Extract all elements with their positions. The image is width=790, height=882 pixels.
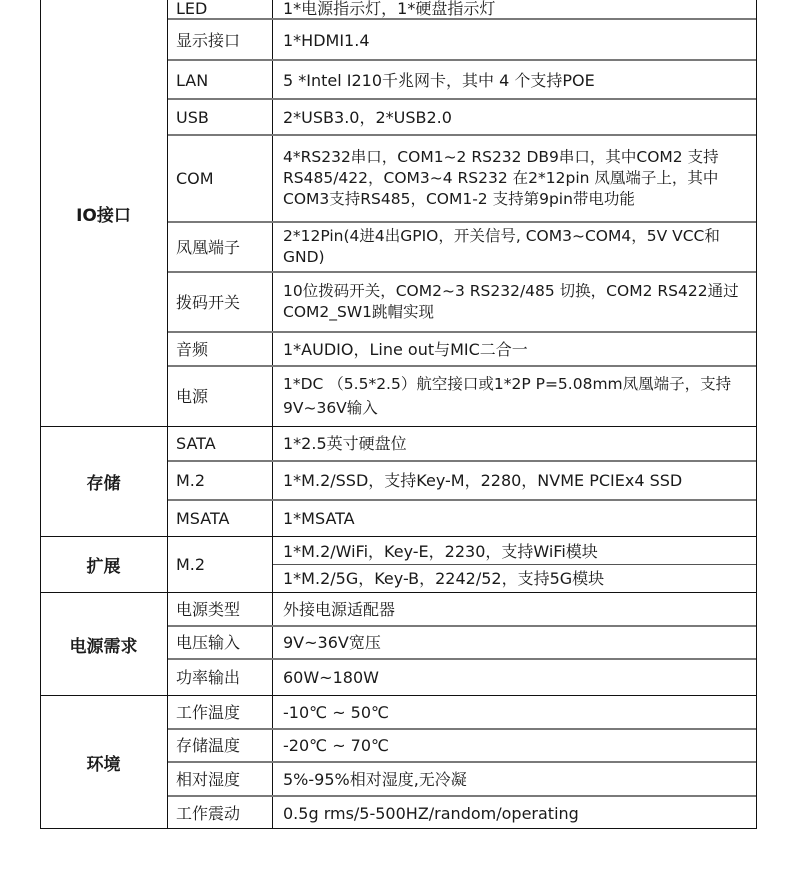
value-humidity: 5%-95%相对湿度,无冷凝 xyxy=(283,763,757,795)
label-power: 电源 xyxy=(176,367,208,425)
label-com: COM xyxy=(176,136,214,220)
value-com: 4*RS232串口，COM1~2 RS232 DB9串口，其中COM2 支持RS… xyxy=(283,136,757,220)
value-power-output: 60W~180W xyxy=(283,660,757,695)
label-op-temp: 工作温度 xyxy=(176,696,240,728)
value-op-temp: -10℃ ~ 50℃ xyxy=(283,696,757,728)
column-divider-2 xyxy=(272,0,273,829)
label-dip: 拨码开关 xyxy=(176,273,240,331)
value-m2-5g: 1*M.2/5G，Key-B，2242/52，支持5G模块 xyxy=(283,565,757,591)
value-audio: 1*AUDIO，Line out与MIC二合一 xyxy=(283,333,757,365)
value-storage-temp: -20℃ ~ 70℃ xyxy=(283,730,757,761)
value-voltage: 9V~36V宽压 xyxy=(283,627,757,658)
value-power: 1*DC （5.5*2.5）航空接口或1*2P P=5.08mm凤凰端子，支持9… xyxy=(283,367,757,425)
value-lan: 5 *Intel I210千兆网卡，其中 4 个支持POE xyxy=(283,61,757,99)
label-usb: USB xyxy=(176,100,209,134)
label-phoenix: 凤凰端子 xyxy=(176,223,240,271)
category-expansion: 扩展 xyxy=(40,537,167,592)
value-m2-storage: 1*M.2/SSD，支持Key-M，2280，NVME PCIEx4 SSD xyxy=(283,462,757,499)
category-storage: 存储 xyxy=(40,427,167,536)
table-border-bottom xyxy=(40,828,757,829)
label-lan: LAN xyxy=(176,61,208,99)
value-power-type: 外接电源适配器 xyxy=(283,593,757,625)
value-usb: 2*USB3.0，2*USB2.0 xyxy=(283,100,757,134)
column-divider-1 xyxy=(167,0,168,829)
value-m2-wifi: 1*M.2/WiFi，Key-E，2230，支持WiFi模块 xyxy=(283,538,757,564)
label-humidity: 相对湿度 xyxy=(176,763,240,795)
category-environment: 环境 xyxy=(40,696,167,829)
label-msata: MSATA xyxy=(176,501,229,536)
label-display: 显示接口 xyxy=(176,20,240,60)
value-phoenix: 2*12Pin(4进4出GPIO，开关信号, COM3~COM4，5V VCC和… xyxy=(283,223,757,271)
label-power-type: 电源类型 xyxy=(176,593,240,625)
category-io: IO接口 xyxy=(40,0,167,426)
label-voltage: 电压输入 xyxy=(176,627,240,658)
label-vibration: 工作震动 xyxy=(176,797,240,829)
label-m2-expansion: M.2 xyxy=(176,537,205,592)
category-power-req: 电源需求 xyxy=(40,593,167,695)
label-led: LED xyxy=(176,0,207,18)
value-display: 1*HDMI1.4 xyxy=(283,20,757,60)
value-msata: 1*MSATA xyxy=(283,501,757,536)
label-m2-storage: M.2 xyxy=(176,462,205,499)
label-storage-temp: 存储温度 xyxy=(176,730,240,761)
label-power-output: 功率输出 xyxy=(176,660,240,695)
label-sata: SATA xyxy=(176,427,216,460)
value-dip: 10位拨码开关，COM2~3 RS232/485 切换，COM2 RS422通过… xyxy=(283,273,757,331)
label-audio: 音频 xyxy=(176,333,208,365)
value-sata: 1*2.5英寸硬盘位 xyxy=(283,427,757,460)
value-led: 1*电源指示灯，1*硬盘指示灯 xyxy=(283,0,757,18)
value-vibration: 0.5g rms/5-500HZ/random/operating xyxy=(283,797,757,829)
